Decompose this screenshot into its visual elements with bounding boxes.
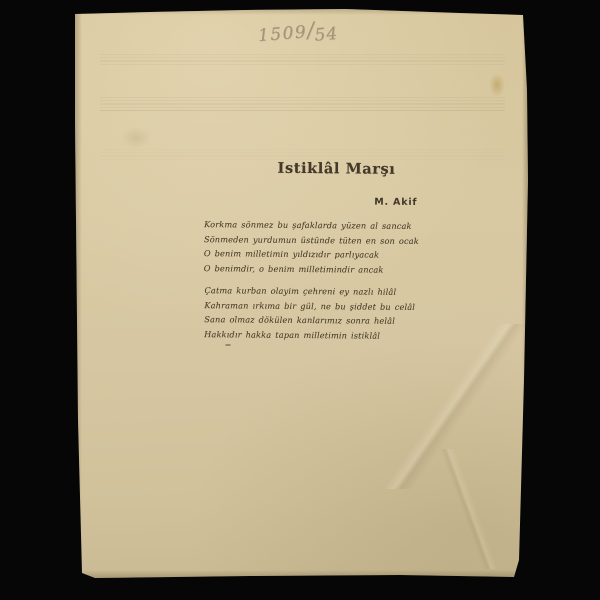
printed-text-layer: 1509/54 Istiklâl Marşı M. Akif Korkma sö… (72, 7, 530, 580)
stanza-2: Çatma kurban olayim çehreni ey nazlı hil… (204, 283, 415, 343)
author-name: M. Akif (374, 197, 417, 208)
poem-title: Istiklâl Marşı (278, 160, 396, 178)
poem-line: Korkma sönmez bu şafaklarda yüzen al san… (204, 217, 419, 233)
poem-line: O benim milletimin yıldızıdır parlıyacak (204, 246, 419, 262)
photo-background: { "page": { "type": "scanned-document-ph… (0, 0, 600, 600)
catalog-number-numerator: 1509 (257, 22, 308, 46)
catalog-number-denominator: 54 (314, 24, 339, 46)
catalog-number-annotation: 1509/54 (257, 16, 339, 46)
poem-line: Hakkıdır hakka tapan milletimin istiklâl (204, 327, 415, 343)
poem-line: Çatma kurban olayim çehreni ey nazlı hil… (204, 283, 415, 299)
paper-sheet: 1509/54 Istiklâl Marşı M. Akif Korkma sö… (75, 9, 528, 578)
poem-line: Sana olmaz dökülen kanlarımız sonra helâ… (204, 312, 415, 328)
stanza-1: Korkma sönmez bu şafaklarda yüzen al san… (204, 217, 419, 277)
poem-line: O benimdir, o benim milletimindir ancak (204, 261, 419, 277)
